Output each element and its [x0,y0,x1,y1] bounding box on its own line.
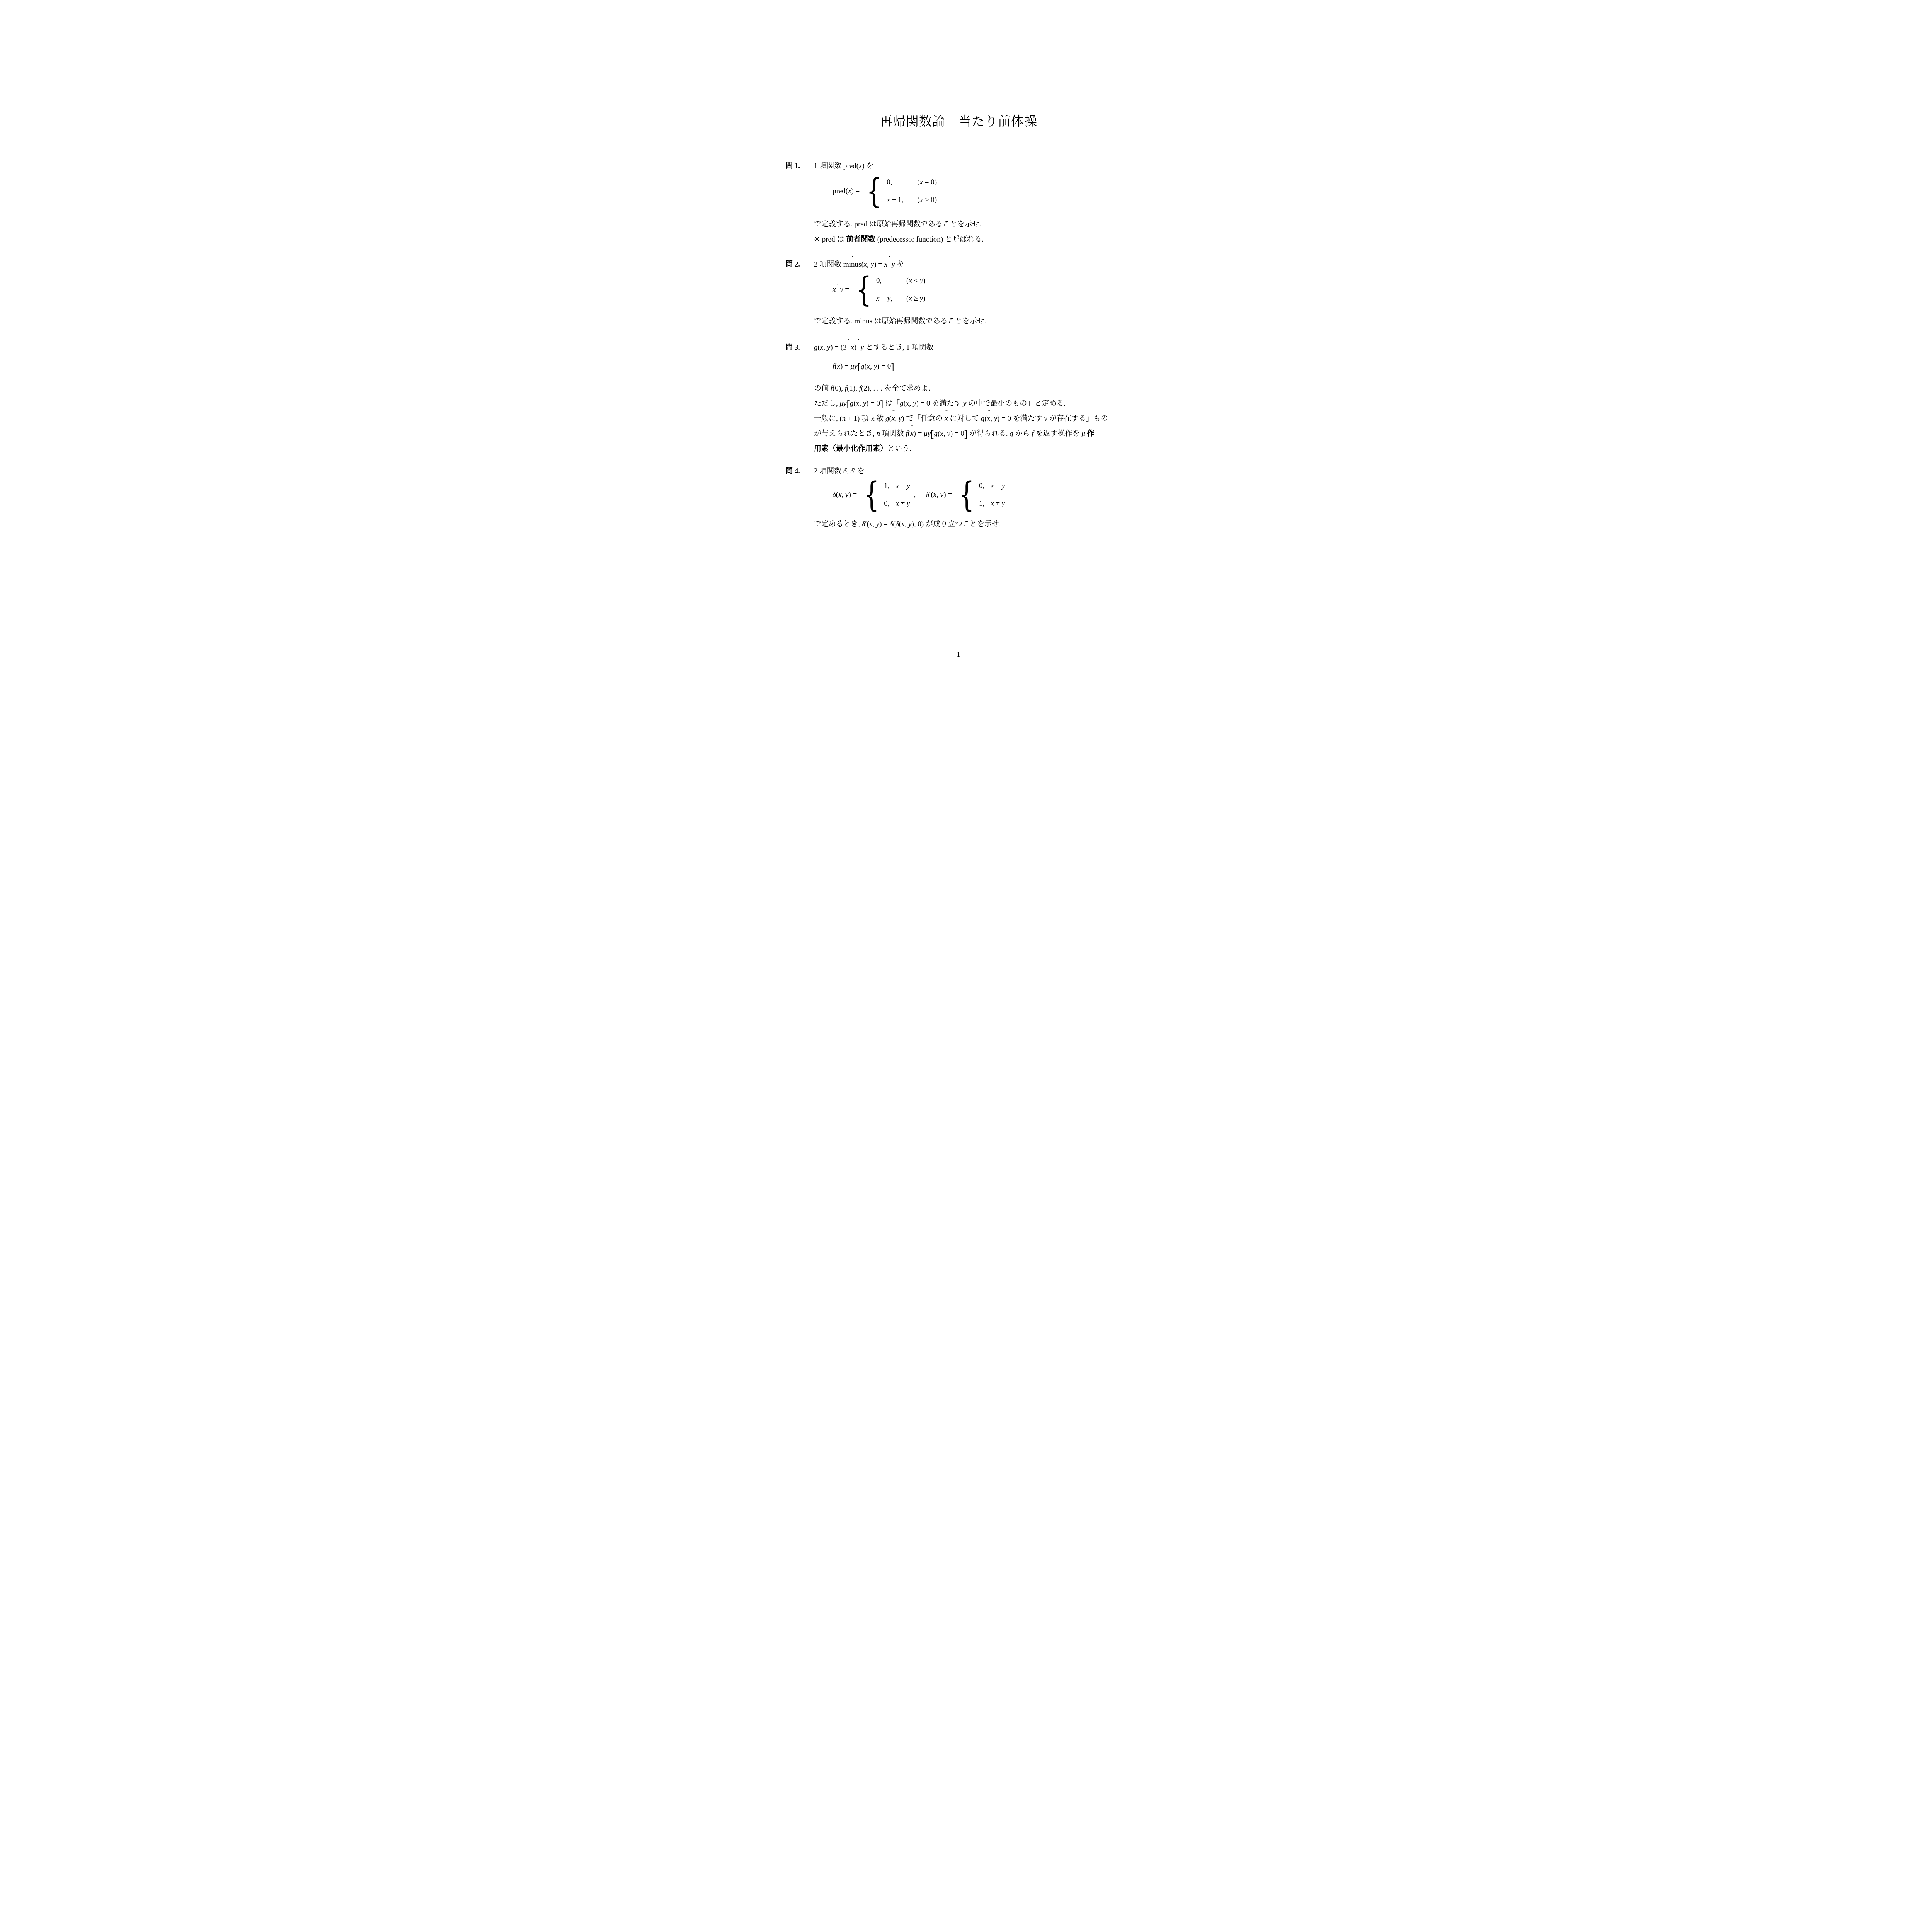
document-page: 再帰関数論 当たり前体操 問 1. 1 項関数 pred(x) を pred(x… [719,0,1198,678]
delta-prime-cases-equation: δ′(x, y) = { 0, x = y 1, x ≠ y [926,480,1005,510]
problem-2-body: で定義する. minus は原始再帰関数であることを示せ. [814,314,1137,329]
problem-4-content: 2 項関数 δ, δ′ を δ(x, y) = { 1, x = y 0, x … [814,464,1137,532]
problem-4-head: 2 項関数 δ, δ′ を [814,464,1137,479]
problem-1-content: 1 項関数 pred(x) を pred(x) = { 0, (x = 0) x… [814,158,1137,247]
body-line: が与えられたとき, n 項関数 f(x) = μy[g(x, y) = 0] が… [814,426,1137,441]
problem-3-content: g(x, y) = (3−x)−y とするとき, 1 項関数 f(x) = μy… [814,340,1137,456]
page-number: 1 [719,649,1198,661]
case-value: x − 1, [887,195,903,206]
problem-1-cases-equation: pred(x) = { 0, (x = 0) x − 1, (x > 0) [833,177,1137,206]
body-line: で定義する. minus は原始再帰関数であることを示せ. [814,314,1137,329]
case-condition: x ≠ y [991,498,1005,509]
case-condition: x = y [896,481,910,492]
body-line: 用素（最小化作用素）という. [814,441,1137,456]
delta-cases-equation: δ(x, y) = { 1, x = y 0, x ≠ y [833,480,910,510]
body-line: ※ pred は 前者関数 (predecessor function) と呼ば… [814,232,1137,247]
case-condition: x ≠ y [896,498,910,509]
cases-grid: 0, (x = 0) x − 1, (x > 0) [887,177,937,206]
problem-1-label: 問 1. [785,158,814,173]
case-value: 1, [884,481,889,492]
problem-1-section: 問 1. 1 項関数 pred(x) を pred(x) = { 0, (x =… [785,158,1198,247]
problem-2-content: 2 項関数 minus(x, y) = x−y を x−y = { 0, (x … [814,257,1137,329]
case-condition: (x > 0) [917,195,937,206]
left-brace: { [959,480,974,510]
case-value: x − y, [876,293,892,304]
left-brace: { [856,275,872,304]
case-value: 0, [979,481,984,492]
cases-grid: 0, x = y 1, x ≠ y [979,481,1005,509]
problem-4-section: 問 4. 2 項関数 δ, δ′ を δ(x, y) = { 1, x = y … [785,464,1198,532]
problem-2-cases-equation: x−y = { 0, (x < y) x − y, (x ≥ y) [833,275,1137,304]
left-brace: { [864,480,879,510]
problem-4-cases-equations: δ(x, y) = { 1, x = y 0, x ≠ y , δ′(x, y)… [833,480,1137,510]
equations-separator: , [914,491,916,499]
body-line: ただし, μy[g(x, y) = 0] は「g(x, y) = 0 を満たす … [814,396,1137,411]
page-title: 再帰関数論 当たり前体操 [719,113,1198,131]
body-line: で定義する. pred は原始再帰関数であることを示せ. [814,217,1137,232]
case-value: 0, [876,276,892,286]
equation-lhs: δ′(x, y) = [926,491,952,499]
problem-3-body: の値 f(0), f(1), f(2), . . . を全て求めよ. ただし, … [814,381,1137,456]
problem-3-section: 問 3. g(x, y) = (3−x)−y とするとき, 1 項関数 f(x)… [785,340,1198,456]
case-value: 0, [887,177,903,188]
problem-1-body: で定義する. pred は原始再帰関数であることを示せ. ※ pred は 前者… [814,217,1137,247]
body-line: で定めるとき, δ′(x, y) = δ(δ(x, y), 0) が成り立つこと… [814,517,1137,532]
case-condition: x = y [991,481,1005,492]
problem-2-section: 問 2. 2 項関数 minus(x, y) = x−y を x−y = { 0… [785,257,1198,329]
case-condition: (x = 0) [917,177,937,188]
problem-1-head: 1 項関数 pred(x) を [814,158,1137,173]
problem-3-head: g(x, y) = (3−x)−y とするとき, 1 項関数 [814,340,1137,355]
case-value: 0, [884,498,889,509]
case-condition: (x ≥ y) [906,293,926,304]
problem-4-body: で定めるとき, δ′(x, y) = δ(δ(x, y), 0) が成り立つこと… [814,517,1137,532]
left-brace: { [867,177,882,206]
cases-grid: 0, (x < y) x − y, (x ≥ y) [876,276,926,304]
body-line: の値 f(0), f(1), f(2), . . . を全て求めよ. [814,381,1137,396]
body-line: 一般に, (n + 1) 項関数 g(x, y) で「任意の x に対して g(… [814,411,1137,426]
case-value: 1, [979,498,984,509]
problem-2-label: 問 2. [785,257,814,272]
equation-lhs: x−y = [833,286,849,294]
case-condition: (x < y) [906,276,926,286]
cases-grid: 1, x = y 0, x ≠ y [884,481,910,509]
equation-lhs: δ(x, y) = [833,491,857,499]
problem-3-display-equation: f(x) = μy[g(x, y) = 0] [833,359,1137,374]
equation-lhs: pred(x) = [833,187,860,196]
problem-4-label: 問 4. [785,464,814,479]
problem-3-label: 問 3. [785,340,814,355]
